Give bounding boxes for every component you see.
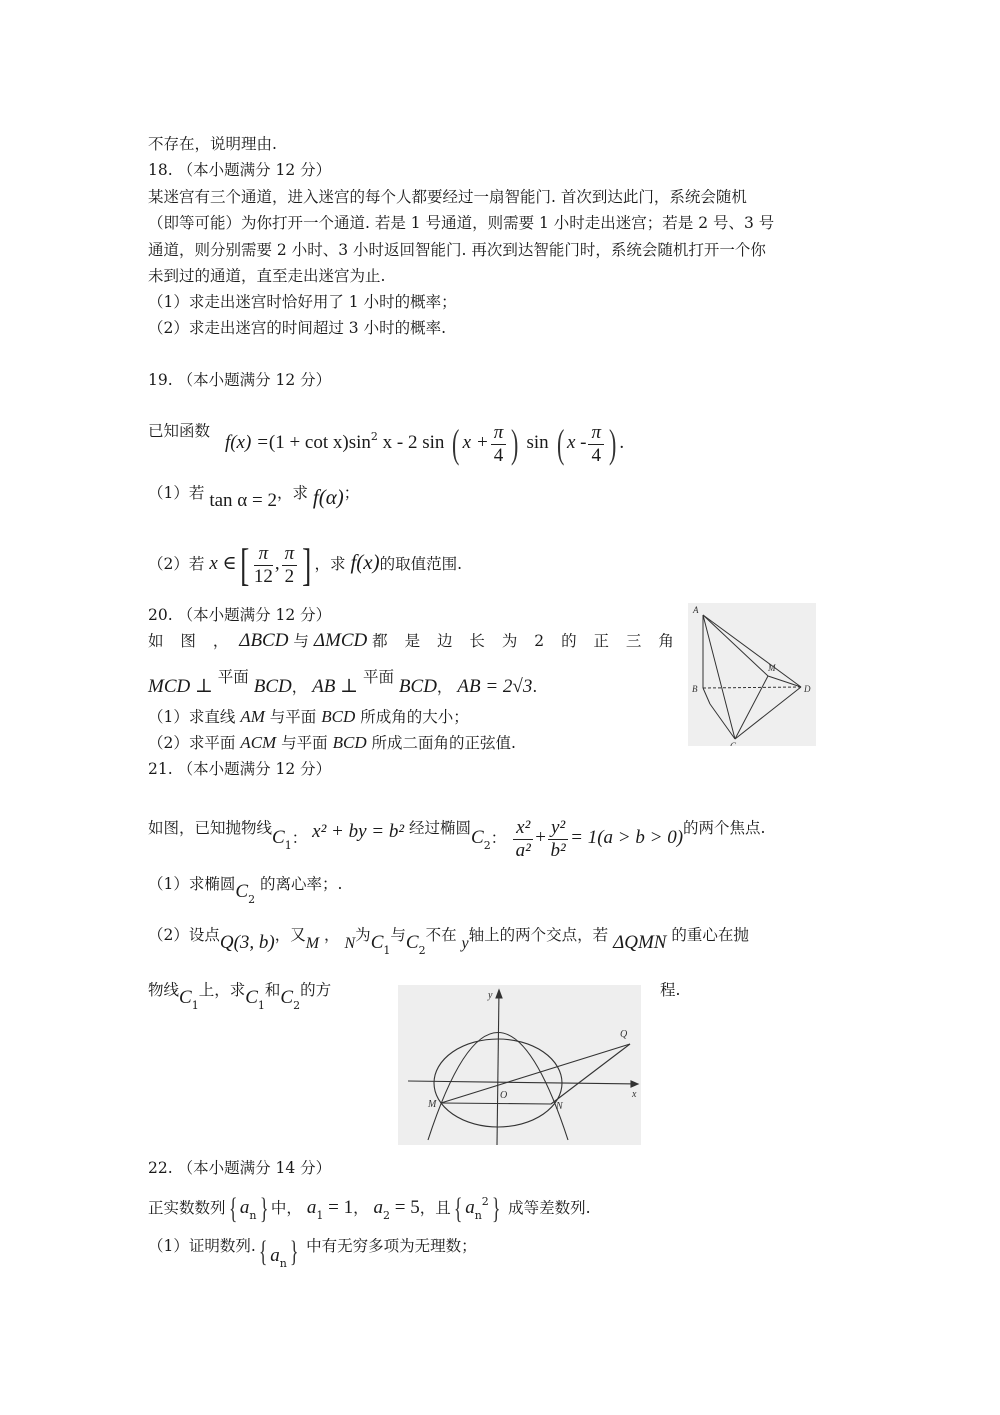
frac-den: 4 bbox=[491, 445, 507, 467]
frac-den: 4 bbox=[588, 445, 604, 467]
q19-p1-cond: tan α = 2 bbox=[209, 490, 277, 511]
sub: n bbox=[475, 1209, 482, 1222]
q21-point-q: Q(3, b) bbox=[220, 932, 275, 953]
c1-symbol: C bbox=[371, 932, 384, 953]
q19-p1-expr: f(α) bbox=[313, 485, 344, 509]
q19-p2-end: 的取值范围. bbox=[380, 555, 462, 573]
q19-end: . bbox=[619, 432, 624, 453]
sub: 1 bbox=[258, 999, 265, 1012]
q21-p2f: 轴上的两个交点，若 bbox=[469, 926, 609, 944]
q21-p2g: 的重心在抛 bbox=[671, 926, 749, 944]
c2-symbol: C bbox=[235, 881, 248, 902]
q18-part-2: （2）求走出迷宫的时间超过 3 小时的概率. bbox=[148, 317, 446, 339]
a2-symbol: a bbox=[374, 1197, 384, 1218]
x2-over-a2: x²a² bbox=[513, 817, 533, 862]
c1-symbol: C bbox=[272, 827, 285, 848]
right-paren: ) bbox=[609, 416, 616, 472]
q21-p2b: ，又 bbox=[275, 926, 306, 944]
label-o: O bbox=[500, 1090, 507, 1101]
q18-line-4: 未到过的通道，直至走出迷宫为止. bbox=[148, 265, 385, 287]
sub: 2 bbox=[248, 893, 255, 906]
q19-formula-line: 已知函数 f(x) =(1 + cot x)sin2 x - 2 sin (x … bbox=[148, 403, 624, 472]
frac-num: π bbox=[282, 543, 298, 566]
q21-l1a: 如图，已知抛物线 bbox=[148, 819, 272, 837]
q21-ellipse-rest: = 1(a > b > 0) bbox=[570, 827, 683, 848]
q22-line-1: 正实数数列{an}中， a1 = 1， a2 = 5，且{an2} 成等差数列. bbox=[148, 1186, 591, 1232]
left-paren: ( bbox=[452, 416, 459, 472]
left-bracket: [ bbox=[240, 537, 249, 593]
colon: ： bbox=[491, 829, 507, 847]
q21-p1a: （1）求椭圆 bbox=[148, 875, 235, 893]
q19-arg1: x + bbox=[463, 432, 489, 453]
sub: 2 bbox=[484, 839, 491, 852]
q20-l2-p2: BCD bbox=[254, 676, 292, 697]
q21-p2c: 为 bbox=[355, 926, 371, 944]
frac-den: 2 bbox=[282, 566, 298, 588]
label-y: y bbox=[487, 990, 493, 1001]
q20-l2-plane2: 平面 bbox=[363, 668, 394, 686]
a1-symbol: a bbox=[307, 1197, 317, 1218]
frac-den: b² bbox=[548, 840, 568, 862]
pi-over-2-fraction: π2 bbox=[282, 543, 298, 588]
sub: 2 bbox=[383, 1209, 390, 1222]
q20-p2-bcd: BCD bbox=[333, 733, 367, 752]
q18-heading: 18. （本小题满分 12 分） bbox=[148, 159, 331, 181]
q20-l2-p1: MCD ⊥ bbox=[148, 676, 213, 697]
end: . bbox=[532, 678, 537, 696]
c1-symbol: C bbox=[179, 987, 192, 1008]
q21-parabola-eq: x² + by = b² bbox=[312, 821, 404, 842]
frac-den: 12 bbox=[254, 566, 273, 588]
q21-p2b-b: 上，求 bbox=[199, 981, 246, 999]
q19-square: 2 bbox=[371, 430, 378, 443]
label-b: B bbox=[692, 684, 698, 694]
frac-num: x² bbox=[513, 817, 533, 840]
q20-p1a: （1）求直线 bbox=[148, 708, 235, 726]
right-paren: ) bbox=[511, 416, 518, 472]
q19-arg2: x - bbox=[567, 432, 587, 453]
q20-l2-plane1: 平面 bbox=[218, 668, 249, 686]
q21-triangle-qmn: ΔQMN bbox=[613, 932, 666, 953]
q21-p2b-c: 和 bbox=[265, 981, 281, 999]
q20-l1b: 与 bbox=[293, 632, 309, 650]
q18-line-3: 通道，则分别需要 2 小时、3 小时返回智能门. 再次到达智能门时，系统会随机打… bbox=[148, 239, 766, 261]
carryover-text: 不存在，说明理由. bbox=[148, 133, 277, 155]
frac-den: a² bbox=[513, 840, 533, 862]
sub: n bbox=[280, 1257, 287, 1270]
q21-p2a: （2）设点 bbox=[148, 926, 220, 944]
q20-l1a: 如 图 ， bbox=[148, 632, 234, 650]
q21-l1b: 经过椭圆 bbox=[409, 819, 471, 837]
q21-line-1: 如图，已知抛物线C1： x² + by = b² 经过椭圆C2： x²a²+y²… bbox=[148, 800, 765, 874]
left-paren: ( bbox=[557, 416, 564, 472]
q21-p2b-a: 物线 bbox=[148, 981, 179, 999]
q20-part-2: （2）求平面 ACM 与平面 BCD 所成二面角的正弦值. bbox=[148, 732, 516, 754]
q20-l2-ab-value: AB = 2√3 bbox=[457, 676, 532, 697]
a1-value: = 1 bbox=[323, 1197, 353, 1218]
sup: 2 bbox=[482, 1195, 489, 1208]
q21-part-2: （2）设点Q(3, b)，又M ， N为C1与C2不在 y轴上的两个交点，若 Δ… bbox=[148, 921, 749, 965]
sub: n bbox=[249, 1209, 256, 1222]
sub: 2 bbox=[419, 944, 426, 957]
frac-num: π bbox=[254, 543, 273, 566]
q20-p2c: 所成二面角的正弦值. bbox=[372, 734, 516, 752]
q20-heading: 20. （本小题满分 12 分） bbox=[148, 604, 331, 626]
label-n: N bbox=[555, 1101, 564, 1112]
y-axis-symbol: y bbox=[462, 935, 469, 952]
y2-over-b2: y²b² bbox=[548, 817, 568, 862]
sep: ，且 bbox=[420, 1199, 451, 1217]
q20-p1-bcd: BCD bbox=[321, 707, 355, 726]
q22-l1c: 成等差数列. bbox=[508, 1199, 590, 1217]
q19-p1-end: ； bbox=[344, 484, 360, 502]
q21-part-1: （1）求椭圆C2 的离心率；. bbox=[148, 870, 342, 914]
q19-part2: x - 2 sin bbox=[378, 432, 445, 453]
colon: ： bbox=[292, 829, 308, 847]
exam-page: 不存在，说明理由. 18. （本小题满分 12 分） 某迷宫有三个通道，进入迷宫… bbox=[0, 0, 1000, 1415]
sub: 1 bbox=[192, 999, 199, 1012]
q19-p2-expr: f(x) bbox=[350, 550, 379, 574]
q18-line-1: 某迷宫有三个通道，进入迷宫的每个人都要经过一扇智能门. 首次到达此门，系统会随机 bbox=[148, 186, 747, 208]
q20-triangle-mcd: ΔMCD bbox=[314, 630, 367, 651]
q21-p2b-d: 的方 bbox=[300, 981, 331, 999]
q21-l1c: 的两个焦点. bbox=[683, 819, 765, 837]
q19-heading: 19. （本小题满分 12 分） bbox=[148, 369, 331, 391]
seq-a: a bbox=[240, 1197, 250, 1218]
q21-point-m: M bbox=[306, 935, 319, 952]
label-m: M bbox=[427, 1099, 437, 1110]
seq-a-squared: a bbox=[465, 1197, 475, 1218]
sep: ， bbox=[324, 926, 340, 944]
q21-p2d: 与 bbox=[390, 926, 406, 944]
q20-p1b: 与平面 bbox=[270, 708, 317, 726]
q22-p1a: （1）证明数列. bbox=[148, 1237, 256, 1255]
label-q: Q bbox=[620, 1029, 628, 1040]
q19-p1-mid: ，求 bbox=[277, 484, 308, 502]
pi-over-4-fraction: π4 bbox=[588, 422, 604, 467]
label-c: C bbox=[730, 741, 737, 746]
a2-value: = 5 bbox=[390, 1197, 420, 1218]
q19-p2-xin: x ∈ bbox=[209, 553, 236, 574]
c2-symbol: C bbox=[280, 987, 293, 1008]
q19-p2-mid: ，求 bbox=[315, 555, 346, 573]
sep: ， bbox=[353, 1199, 369, 1217]
q19-p1-label: （1）若 bbox=[148, 484, 204, 502]
q22-p1b: 中有无穷多项为无理数； bbox=[306, 1237, 477, 1255]
q21-point-n: N bbox=[345, 935, 356, 952]
q22-part-1: （1）证明数列.{an} 中有无穷多项为无理数； bbox=[148, 1230, 477, 1280]
frac-num: y² bbox=[548, 817, 568, 840]
pi-over-12-fraction: π12 bbox=[254, 543, 273, 588]
q21-heading: 21. （本小题满分 12 分） bbox=[148, 758, 331, 780]
sub: 2 bbox=[293, 999, 300, 1012]
frac-num: π bbox=[588, 422, 604, 445]
sep: ， bbox=[437, 678, 453, 696]
label-d: D bbox=[803, 684, 811, 694]
ellipse-parabola-figure: y Q O x M N bbox=[398, 985, 641, 1145]
x-axis bbox=[408, 1081, 638, 1084]
frac-num: π bbox=[491, 422, 507, 445]
q20-part-1: （1）求直线 AM 与平面 BCD 所成角的大小； bbox=[148, 706, 469, 728]
q20-p1c: 所成角的大小； bbox=[360, 708, 469, 726]
q22-heading: 22. （本小题满分 14 分） bbox=[148, 1157, 331, 1179]
q19-intro: 已知函数 bbox=[148, 422, 210, 440]
q21-p2e: 不在 bbox=[426, 926, 457, 944]
q22-l1b: 中， bbox=[271, 1199, 302, 1217]
label-m: M bbox=[767, 663, 776, 673]
label-a: A bbox=[692, 605, 699, 615]
y-axis bbox=[497, 990, 499, 1145]
q21-p2b-e: 程. bbox=[660, 976, 680, 1004]
q22-l1a: 正实数数列 bbox=[148, 1199, 226, 1217]
sub: 1 bbox=[383, 944, 390, 957]
right-bracket: ] bbox=[302, 537, 311, 593]
q18-line-2: （即等可能）为你打开一个通道. 若是 1 号通道，则需要 1 小时走出迷宫；若是… bbox=[148, 212, 774, 234]
q20-l2-p3: AB ⊥ bbox=[312, 676, 358, 697]
c2-symbol: C bbox=[471, 827, 484, 848]
q20-p1-am: AM bbox=[240, 707, 265, 726]
q19-p2-label: （2）若 bbox=[148, 555, 204, 573]
q20-line-2: MCD ⊥ 平面 BCD， AB ⊥ 平面 BCD， AB = 2√3. bbox=[148, 664, 537, 700]
q18-part-1: （1）求走出迷宫时恰好用了 1 小时的概率； bbox=[148, 291, 457, 313]
ellipse-parabola-diagram: y Q O x M N bbox=[398, 985, 641, 1145]
q19-part-2: （2）若 x ∈[π12,π2]，求 f(x)的取值范围. bbox=[148, 534, 462, 593]
tetrahedron-figure: A M B D C bbox=[688, 603, 816, 746]
c2-symbol: C bbox=[406, 932, 419, 953]
label-x: x bbox=[631, 1089, 637, 1100]
tetrahedron-diagram: A M B D C bbox=[688, 603, 816, 746]
q20-p2-acm: ACM bbox=[240, 733, 276, 752]
q19-lhs: f(x) = bbox=[225, 432, 269, 453]
c1-symbol: C bbox=[245, 987, 258, 1008]
pi-over-4-fraction: π4 bbox=[491, 422, 507, 467]
q20-triangle-bcd: ΔBCD bbox=[239, 630, 288, 651]
seq-a: a bbox=[270, 1245, 280, 1266]
q20-l2-p4: BCD bbox=[399, 676, 437, 697]
q20-p2a: （2）求平面 bbox=[148, 734, 235, 752]
q21-p1b: 的离心率；. bbox=[260, 875, 342, 893]
sub: 1 bbox=[285, 839, 292, 852]
q19-sin2: sin bbox=[526, 432, 548, 453]
q19-part-1: （1）若 tan α = 2，求 f(α)； bbox=[148, 478, 359, 516]
q19-part1: (1 + cot x)sin bbox=[269, 432, 371, 453]
sep: ， bbox=[292, 678, 308, 696]
q20-p2b: 与平面 bbox=[281, 734, 328, 752]
